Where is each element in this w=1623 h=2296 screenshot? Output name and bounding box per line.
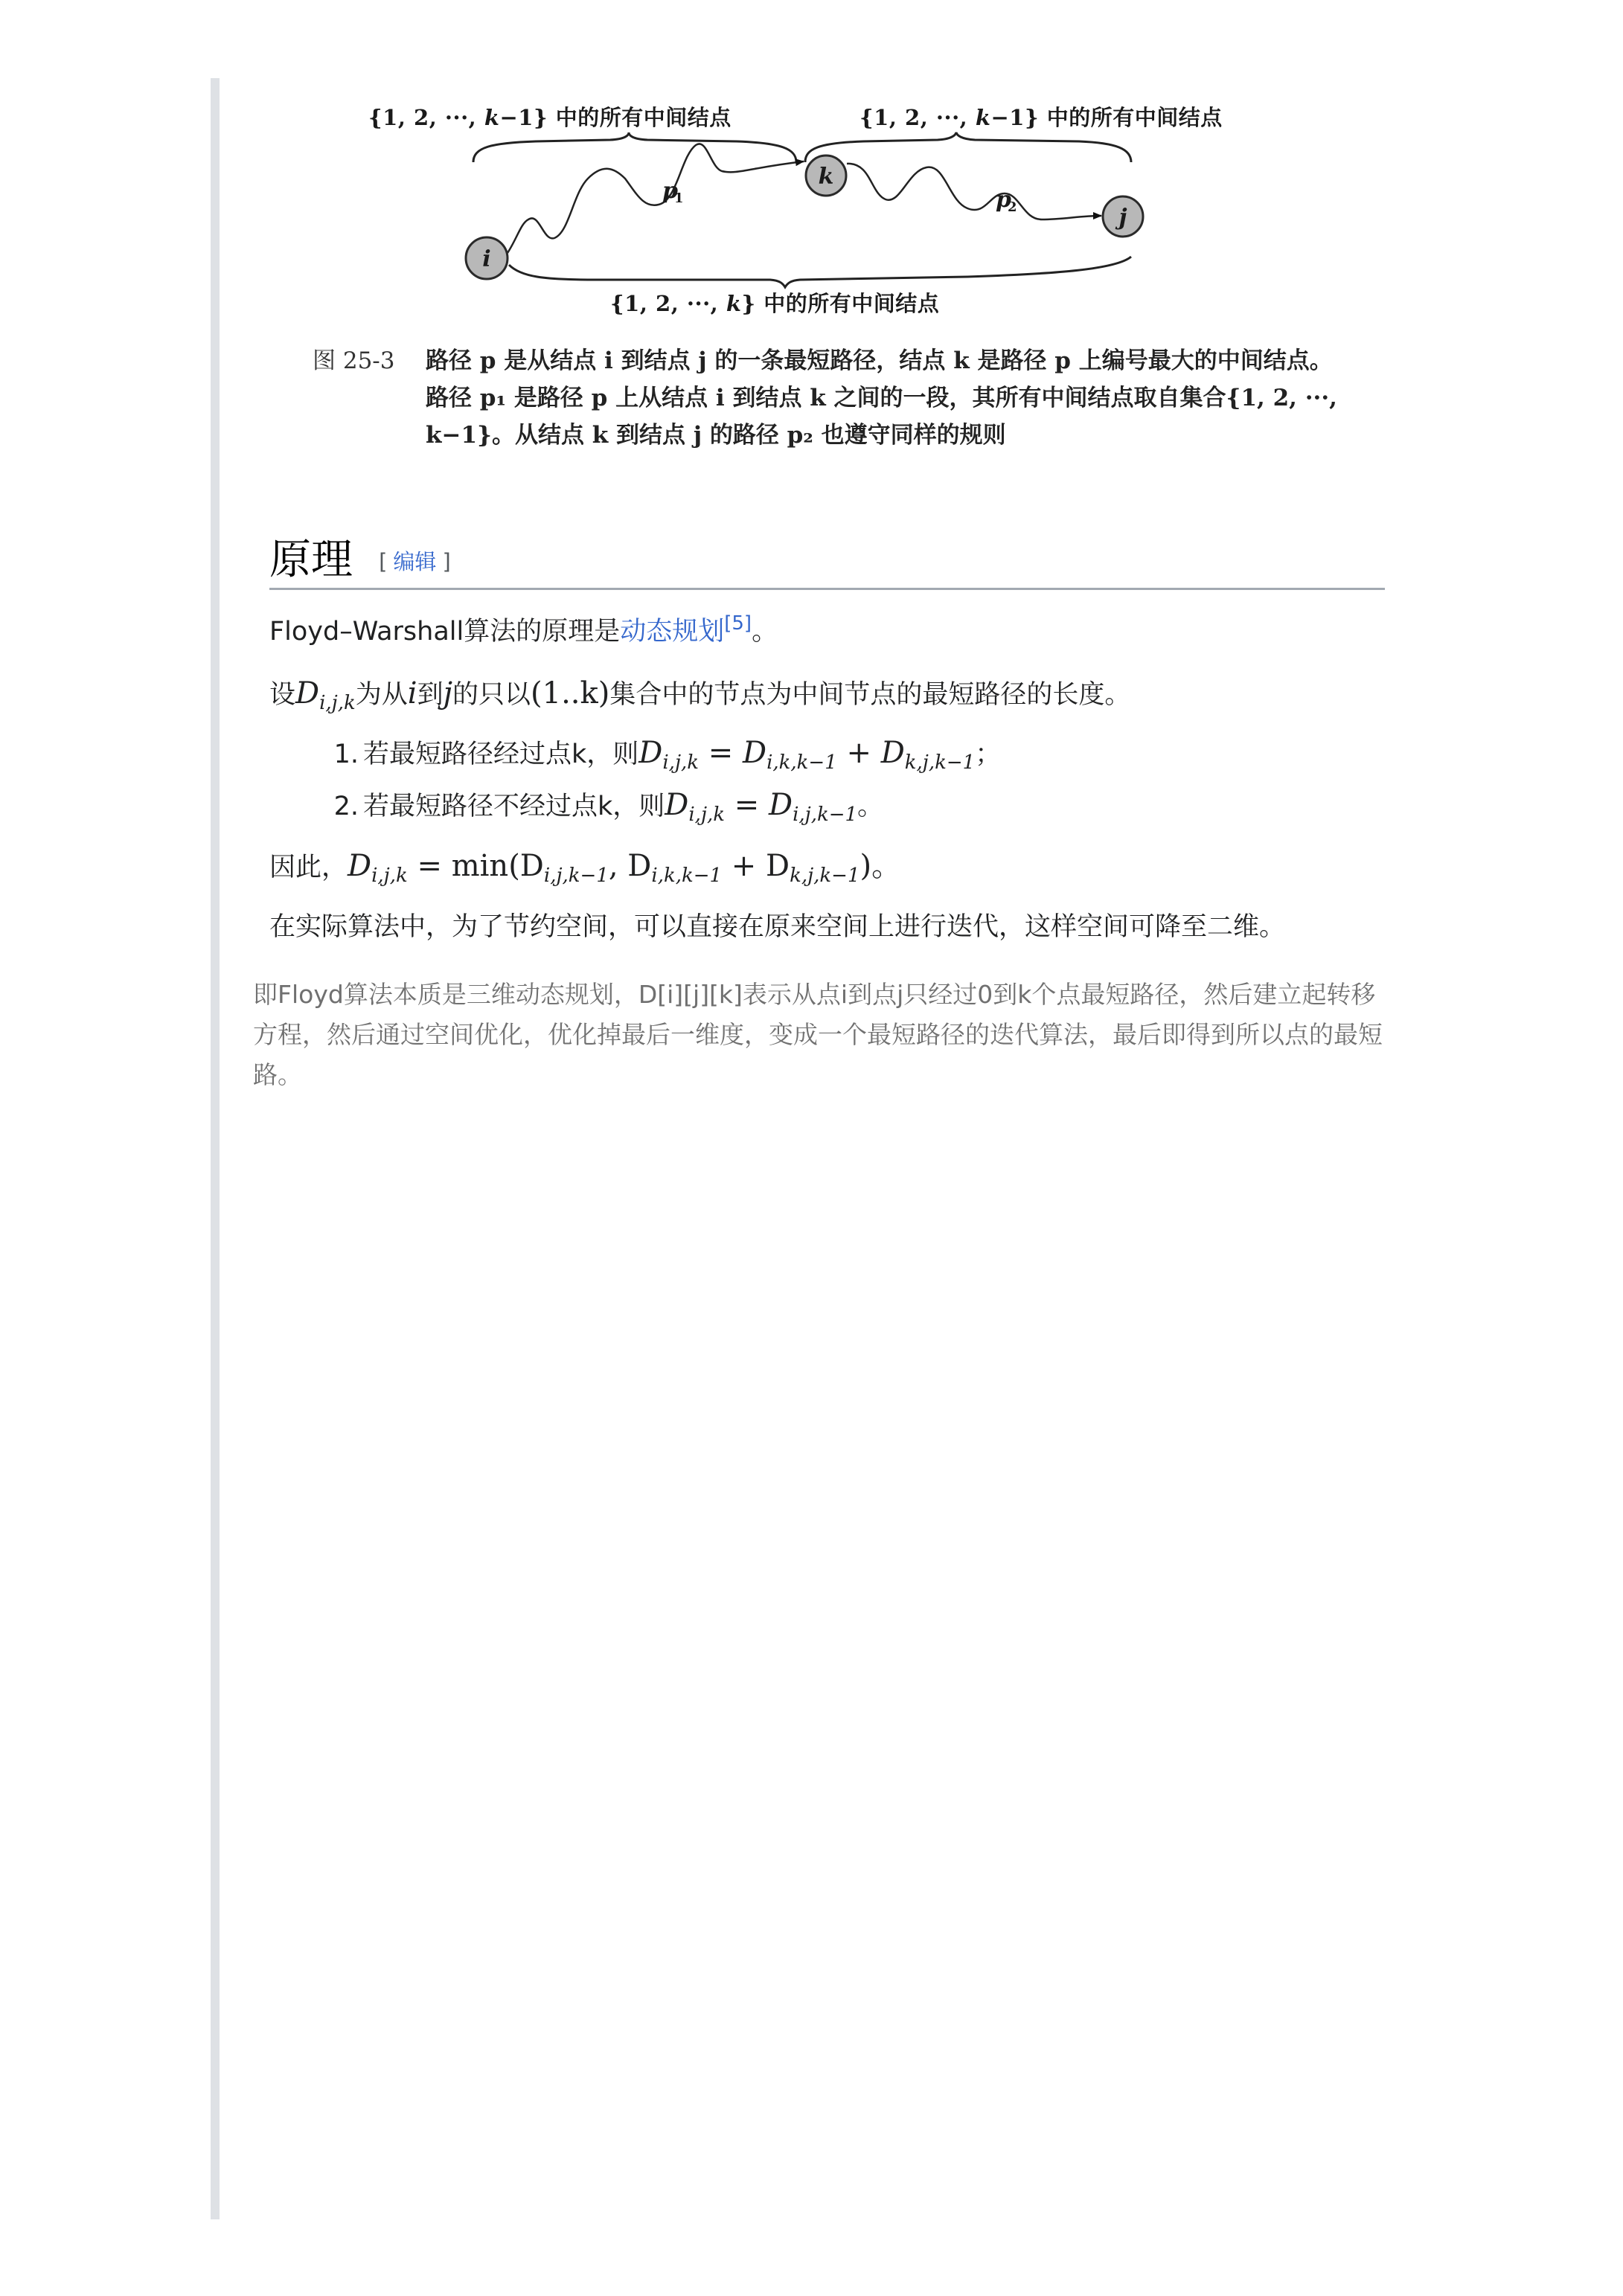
definition-paragraph: 设Di,j,k为从i到j的只以(1..k)集合中的节点为中间节点的最短路径的长度… bbox=[269, 676, 1130, 721]
edit-link[interactable]: 编辑 bbox=[393, 549, 436, 574]
figure-caption: 图 25-3 路径 p 是从结点 i 到结点 j 的一条最短路径，结点 k 是路… bbox=[313, 342, 1339, 454]
path-p1 bbox=[508, 144, 804, 253]
link-dynamic-programming[interactable]: 动态规划 bbox=[620, 617, 724, 647]
brace-top-right bbox=[805, 132, 1131, 162]
brace-bottom bbox=[509, 257, 1131, 287]
caption-body: 路径 p 是从结点 i 到结点 j 的一条最短路径，结点 k 是路径 p 上编号… bbox=[426, 342, 1339, 454]
list-item-1: 1.若最短路径经过点k，则Di,j,k = Di,k,k−1 + Dk,j,k−… bbox=[327, 735, 1001, 780]
node-k: k bbox=[806, 155, 846, 196]
figure-floyd-path-diagram: i k j p 1 p 2 {1, 2, ···, k−1} 中的所有中间结点 … bbox=[223, 74, 1414, 521]
section-title: 原理 bbox=[269, 536, 353, 584]
left-rail bbox=[211, 78, 220, 2219]
note-paragraph: 即Floyd算法本质是三维动态规划，D[i][j][k]表示从点i到点j只经过0… bbox=[253, 975, 1399, 1095]
svg-text:i: i bbox=[482, 246, 490, 272]
label-p2-sub: 2 bbox=[1008, 199, 1017, 215]
svg-text:k: k bbox=[819, 164, 834, 190]
label-top-left: {1, 2, ···, k−1} 中的所有中间结点 bbox=[368, 101, 732, 132]
therefore-paragraph: 因此，Di,j,k = min(Di,j,k−1, Di,k,k−1 + Dk,… bbox=[269, 848, 901, 894]
reference-5[interactable]: [5] bbox=[724, 612, 752, 635]
node-j: j bbox=[1103, 196, 1143, 237]
path-p2 bbox=[847, 164, 1101, 219]
caption-number: 图 25-3 bbox=[313, 342, 395, 379]
brace-top-left bbox=[473, 132, 796, 162]
node-i: i bbox=[466, 237, 508, 279]
label-bottom: {1, 2, ···, k} 中的所有中间结点 bbox=[610, 287, 939, 318]
list-item-2: 2.若最短路径不经过点k，则Di,j,k = Di,j,k−1。 bbox=[327, 787, 883, 833]
space-optimization-paragraph: 在实际算法中，为了节约空间，可以直接在原来空间上进行迭代，这样空间可降至二维。 bbox=[269, 909, 1285, 945]
label-p1-sub: 1 bbox=[674, 190, 684, 206]
edit-section: [编辑] bbox=[379, 549, 451, 574]
section-heading: 原理 [编辑] bbox=[269, 534, 1385, 590]
label-top-right: {1, 2, ···, k−1} 中的所有中间结点 bbox=[859, 101, 1223, 132]
intro-paragraph: Floyd–Warshall算法的原理是动态规划[5]。 bbox=[269, 606, 778, 650]
